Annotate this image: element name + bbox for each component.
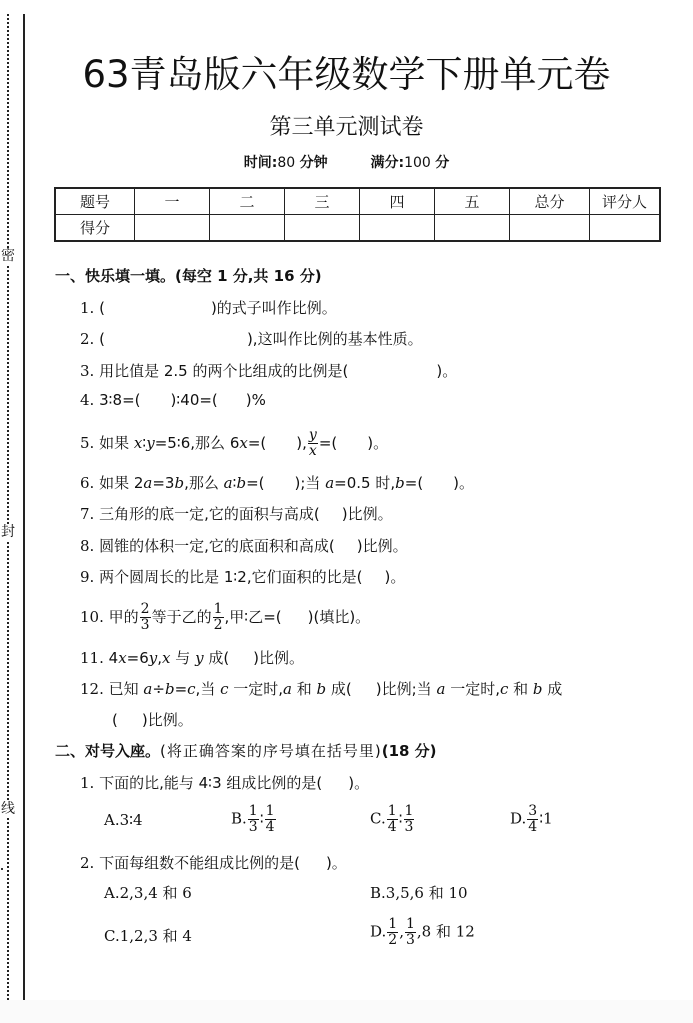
score-table-score-row: 得分 — [55, 215, 660, 242]
binding-label-feng: 封 — [0, 524, 16, 540]
s2-q1-option-b[interactable]: B.13∶14 — [231, 804, 277, 835]
s1-question-12: 12. 已知 a÷b=c,当 c 一定时,a 和 b 成()比例;当 a 一定时… — [80, 678, 562, 699]
s2-q1-option-d[interactable]: D.34∶1 — [510, 804, 553, 835]
page-subtitle: 第三单元测试卷 — [0, 110, 693, 141]
score-value: 100 — [404, 155, 431, 171]
s2-q2-option-b[interactable]: B.3,5,6 和 10 — [370, 882, 468, 903]
header-cell-grader: 评分人 — [590, 188, 661, 215]
s2-question-1: 1. 下面的比,能与 4∶3 组成比例的是()。 — [80, 772, 369, 793]
score-cell-1[interactable] — [135, 215, 210, 242]
binding-label-xian: 线 — [0, 801, 16, 817]
header-cell-2: 二 — [210, 188, 285, 215]
header-cell-5: 五 — [435, 188, 510, 215]
s1-question-2: 2. (),这叫作比例的基本性质。 — [80, 328, 423, 349]
time-value: 80 — [277, 155, 295, 171]
fraction-y-over-x: yx — [308, 428, 318, 459]
s1-question-1: 1. ()的式子叫作比例。 — [80, 297, 337, 318]
page-bottom-margin — [0, 1000, 693, 1023]
score-cell-total[interactable] — [510, 215, 590, 242]
score-table-header-row: 题号 一 二 三 四 五 总分 评分人 — [55, 188, 660, 215]
s1-question-4: 4. 3∶8=()∶40=()% — [80, 391, 266, 409]
score-label: 满分: — [371, 155, 405, 171]
s2-question-2: 2. 下面每组数不能组成比例的是()。 — [80, 852, 347, 873]
s1-question-3: 3. 用比值是 2.5 的两个比组成的比例是()。 — [80, 360, 457, 381]
score-cell-4[interactable] — [360, 215, 435, 242]
score-cell-grader[interactable] — [590, 215, 661, 242]
score-unit: 分 — [435, 155, 449, 171]
s1-question-11: 11. 4x=6y,x 与 y 成()比例。 — [80, 647, 304, 668]
s1-question-12-continued: ()比例。 — [112, 709, 193, 730]
header-cell-total: 总分 — [510, 188, 590, 215]
score-cell-5[interactable] — [435, 215, 510, 242]
score-row-label: 得分 — [55, 215, 135, 242]
s2-q1-option-a[interactable]: A.3∶4 — [104, 811, 143, 829]
page-title: 63青岛版六年级数学下册单元卷 — [0, 44, 693, 98]
exam-meta: 时间:80 分钟 满分:100 分 — [0, 152, 693, 172]
s1-question-9: 9. 两个圆周长的比是 1∶2,它们面积的比是()。 — [80, 566, 405, 587]
s1-question-10: 10. 甲的23等于乙的12,甲∶乙=()(填比)。 — [80, 602, 370, 633]
score-cell-3[interactable] — [285, 215, 360, 242]
header-cell-4: 四 — [360, 188, 435, 215]
header-cell-tihao: 题号 — [55, 188, 135, 215]
binding-mark — [1, 868, 3, 870]
score-table: 题号 一 二 三 四 五 总分 评分人 得分 — [54, 187, 661, 242]
s1-question-8: 8. 圆锥的体积一定,它的底面积和高成()比例。 — [80, 535, 408, 556]
s1-question-7: 7. 三角形的底一定,它的面积与高成()比例。 — [80, 503, 393, 524]
header-cell-1: 一 — [135, 188, 210, 215]
section-2-heading: 二、对号入座。(将正确答案的序号填在括号里)(18 分) — [55, 740, 437, 761]
header-cell-3: 三 — [285, 188, 360, 215]
s2-q2-option-d[interactable]: D.12,13,8 和 12 — [370, 917, 475, 948]
s1-question-6: 6. 如果 2a=3b,那么 a∶b=();当 a=0.5 时,b=()。 — [80, 472, 474, 493]
s2-q2-option-a[interactable]: A.2,3,4 和 6 — [104, 882, 192, 903]
section-1-heading: 一、快乐填一填。(每空 1 分,共 16 分) — [55, 265, 322, 286]
s2-q1-option-c[interactable]: C.14∶13 — [370, 804, 415, 835]
s2-q2-option-c[interactable]: C.1,2,3 和 4 — [104, 925, 192, 946]
time-label: 时间: — [244, 155, 278, 171]
s1-question-5: 5. 如果 x∶y=5∶6,那么 6x=(),yx=()。 — [80, 428, 388, 459]
fraction-1-2: 12 — [213, 602, 224, 633]
score-cell-2[interactable] — [210, 215, 285, 242]
time-unit: 分钟 — [300, 155, 328, 171]
fraction-2-3: 23 — [140, 602, 151, 633]
binding-label-mi: 密 — [0, 248, 16, 264]
